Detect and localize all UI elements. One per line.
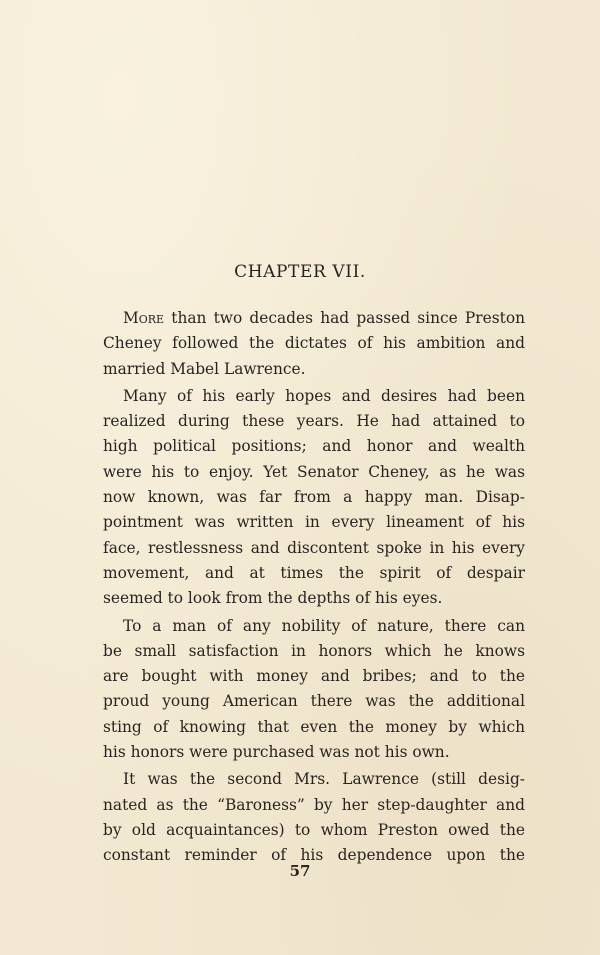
text-line: It was the second Mrs. Lawrence (still d…: [83, 767, 525, 792]
paragraph-4: It was the second Mrs. Lawrence (still d…: [83, 767, 525, 868]
text-line: were his to enjoy. Yet Senator Cheney, a…: [83, 460, 525, 485]
text-line: high political positions; and honor and …: [83, 434, 525, 459]
text-line: Many of his early hopes and desires had …: [83, 384, 525, 409]
body-text: More than two decades had passed since P…: [83, 306, 525, 871]
text-line: his honors were purchased was not his ow…: [83, 740, 525, 765]
text-line: face, restlessness and discontent spoke …: [83, 536, 525, 561]
text-line: sting of knowing that even the money by …: [83, 715, 525, 740]
text-line: married Mabel Lawrence.: [83, 357, 525, 382]
text-line: movement, and at times the spirit of des…: [83, 561, 525, 586]
text-line: pointment was written in every lineament…: [83, 510, 525, 535]
text-line: realized during these years. He had atta…: [83, 409, 525, 434]
text-line: To a man of any nobility of nature, ther…: [83, 614, 525, 639]
paragraph-3: To a man of any nobility of nature, ther…: [83, 614, 525, 766]
paragraph-2: Many of his early hopes and desires had …: [83, 384, 525, 612]
text-line: More than two decades had passed since P…: [83, 306, 525, 331]
text-line: are bought with money and bribes; and to…: [83, 664, 525, 689]
page-number: 57: [0, 862, 600, 880]
text-line: nated as the “Baroness” by her step-daug…: [83, 793, 525, 818]
text-line: by old acquaintances) to whom Preston ow…: [83, 818, 525, 843]
book-page: CHAPTER VII. More than two decades had p…: [0, 0, 600, 955]
chapter-title: CHAPTER VII.: [0, 262, 600, 282]
text-line: now known, was far from a happy man. Dis…: [83, 485, 525, 510]
text-line: proud young American there was the addit…: [83, 689, 525, 714]
lead-word-smallcaps: More: [123, 309, 164, 327]
text-line: Cheney followed the dictates of his ambi…: [83, 331, 525, 356]
text-line: be small satisfaction in honors which he…: [83, 639, 525, 664]
paragraph-1: More than two decades had passed since P…: [83, 306, 525, 382]
text-line: seemed to look from the depths of his ey…: [83, 586, 525, 611]
